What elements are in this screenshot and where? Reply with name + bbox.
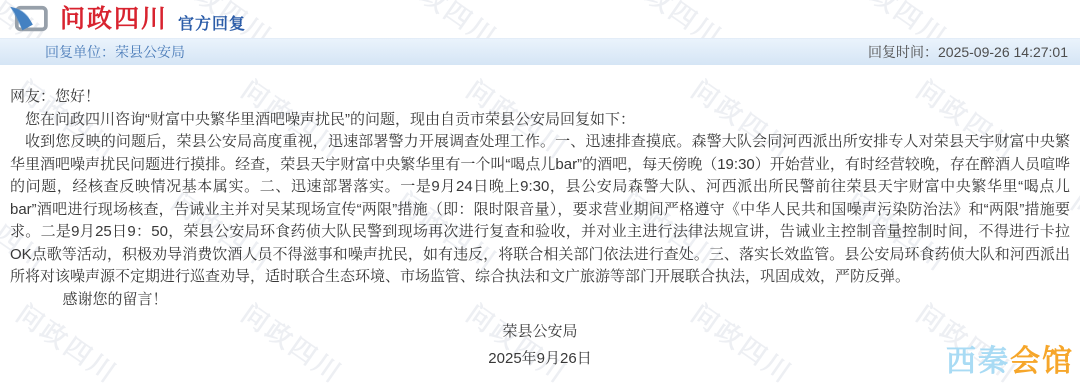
huiguan-text: 会馆 (1010, 345, 1074, 378)
signature-date: 2025年9月26日 (10, 345, 1070, 372)
reply-body: 网友：您好！ 您在问政四川咨询“财富中央繁华里酒吧噪声扰民”的问题，现由自贡市荣… (0, 65, 1080, 372)
intro-paragraph: 您在问政四川咨询“财富中央繁华里酒吧噪声扰民”的问题，现由自贡市荣县公安局回复如… (10, 109, 1070, 132)
xiqin-huiguan-watermark: 西秦会馆 (946, 336, 1074, 380)
official-reply-label: 官方回复 (178, 11, 246, 34)
site-title[interactable]: 问政四川 (60, 7, 168, 32)
wenzheng-sichuan-logo-icon (8, 4, 50, 34)
reply-info-bar: 回复单位：荣县公安局 回复时间：2025-09-26 14:27:01 (0, 38, 1080, 65)
greeting-line: 网友：您好！ (10, 86, 1070, 109)
reply-time-label: 回复时间：2025-09-26 14:27:01 (868, 42, 1068, 62)
signature-unit: 荣县公安局 (10, 318, 1070, 345)
main-paragraph: 收到您反映的问题后，荣县公安局高度重视，迅速部署警力开展调查处理工作。一、迅速排… (10, 131, 1070, 289)
thanks-line: 感谢您的留言！ (10, 289, 1070, 312)
reply-unit-label: 回复单位：荣县公安局 (45, 42, 185, 62)
site-header: 问政四川 官方回复 (0, 0, 1080, 38)
signature-block: 荣县公安局 2025年9月26日 (10, 318, 1070, 372)
xiqin-text: 西秦 (946, 345, 1010, 378)
